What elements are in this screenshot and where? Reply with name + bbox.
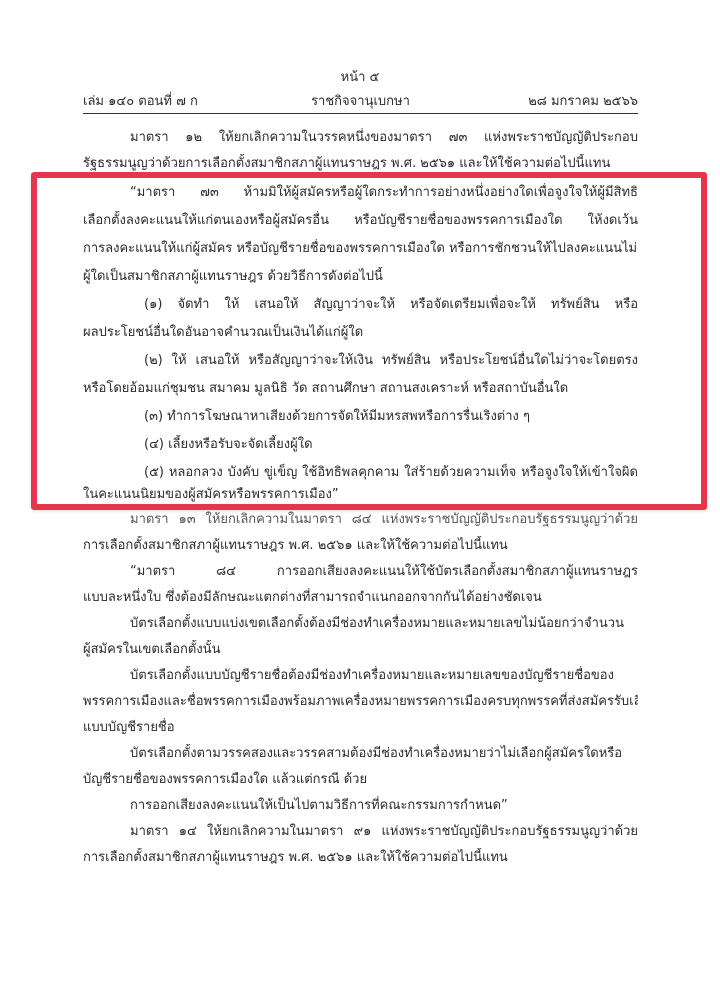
clause-4: (๔) เลี้ยงหรือรับจะจัดเลี้ยงผู้ใด <box>144 435 638 455</box>
section-84-line-2: แบบละหนึ่งใบ ซึ่งต้องมีลักษณะแตกต่างที่ส… <box>83 588 638 608</box>
section-14-line-2: การเลือกตั้งสมาชิกสภาผู้แทนราษฎร พ.ศ. ๒๕… <box>83 848 638 868</box>
section-84-para-2-line-2: ผู้สมัครในเขตเลือกตั้งนั้น <box>83 640 638 660</box>
section-73-line-1: “มาตรา ๗๓ ห้ามมิให้ผู้สมัครหรือผู้ใดกระท… <box>130 183 638 203</box>
section-84-para-5: การออกเสียงลงคะแนนให้เป็นไปตามวิธีการที่… <box>130 796 638 816</box>
clause-1-line-2: ผลประโยชน์อื่นใดอันอาจคำนวณเป็นเงินได้แก… <box>83 323 638 343</box>
page-number: หน้า ๕ <box>0 66 720 87</box>
clause-2-line-1: (๒) ให้ เสนอให้ หรือสัญญาว่าจะให้เงิน ทร… <box>144 351 638 371</box>
section-13-line-2: การเลือกตั้งสมาชิกสภาผู้แทนราษฎร พ.ศ. ๒๕… <box>83 536 638 556</box>
section-84-line-1: “มาตรา ๘๔ การออกเสียงลงคะแนนให้ใช้บัตรเล… <box>130 562 638 582</box>
section-14-line-1: มาตรา ๑๔ ให้ยกเลิกความในมาตรา ๙๑ แห่งพระ… <box>130 822 638 842</box>
section-84-para-3-line-2: พรรคการเมืองและชื่อพรรคการเมืองพร้อมภาพเ… <box>83 692 638 712</box>
clause-3: (๓) ทำการโฆษณาหาเสียงด้วยการจัดให้มีมหรส… <box>144 407 638 427</box>
document-page: หน้า ๕ เล่ม ๑๔๐ ตอนที่ ๗ ก ราชกิจจานุเบก… <box>0 0 720 1004</box>
section-12-line-2: รัฐธรรมนูญว่าด้วยการเลือกตั้งสมาชิกสภาผู… <box>83 154 638 174</box>
section-84-para-3-line-1: บัตรเลือกตั้งแบบบัญชีรายชื่อต้องมีช่องทำ… <box>130 666 638 686</box>
publication-date: ๒๘ มกราคม ๒๕๖๖ <box>528 90 638 111</box>
section-73-line-2: เลือกตั้งลงคะแนนให้แก่ตนเองหรือผู้สมัครอ… <box>83 211 638 231</box>
clause-5-line-2: ในคะแนนนิยมของผู้สมัครหรือพรรคการเมือง” <box>83 485 638 505</box>
section-73-line-4: ผู้ใดเป็นสมาชิกสภาผู้แทนราษฎร ด้วยวิธีกา… <box>83 267 638 287</box>
section-13-line-1: มาตรา ๑๓ ให้ยกเลิกความในมาตรา ๘๔ แห่งพระ… <box>130 510 638 530</box>
section-84-para-4-line-1: บัตรเลือกตั้งตามวรรคสองและวรรคสามต้องมีช… <box>130 744 638 764</box>
section-84-para-2-line-1: บัตรเลือกตั้งแบบแบ่งเขตเลือกตั้งต้องมีช่… <box>130 614 638 634</box>
clause-5-line-1: (๕) หลอกลวง บังคับ ขู่เข็ญ ใช้อิทธิพลคุก… <box>144 463 638 483</box>
section-84-para-3-line-3: แบบบัญชีรายชื่อ <box>83 718 638 738</box>
section-73-line-3: การลงคะแนนให้แก่ผู้สมัคร หรือบัญชีรายชื่… <box>83 239 638 259</box>
gazette-header: เล่ม ๑๔๐ ตอนที่ ๗ ก ราชกิจจานุเบกษา ๒๘ ม… <box>83 90 638 110</box>
section-84-para-4-line-2: บัญชีรายชื่อของพรรคการเมืองใด แล้วแต่กรณ… <box>83 770 638 790</box>
clause-2-line-2: หรือโดยอ้อมแก่ชุมชน สมาคม มูลนิธิ วัด สถ… <box>83 379 638 399</box>
header-rule <box>83 113 638 114</box>
clause-1-line-1: (๑) จัดทำ ให้ เสนอให้ สัญญาว่าจะให้ หรือ… <box>144 295 638 315</box>
section-12-line-1: มาตรา ๑๒ ให้ยกเลิกความในวรรคหนึ่งของมาตร… <box>130 128 638 148</box>
